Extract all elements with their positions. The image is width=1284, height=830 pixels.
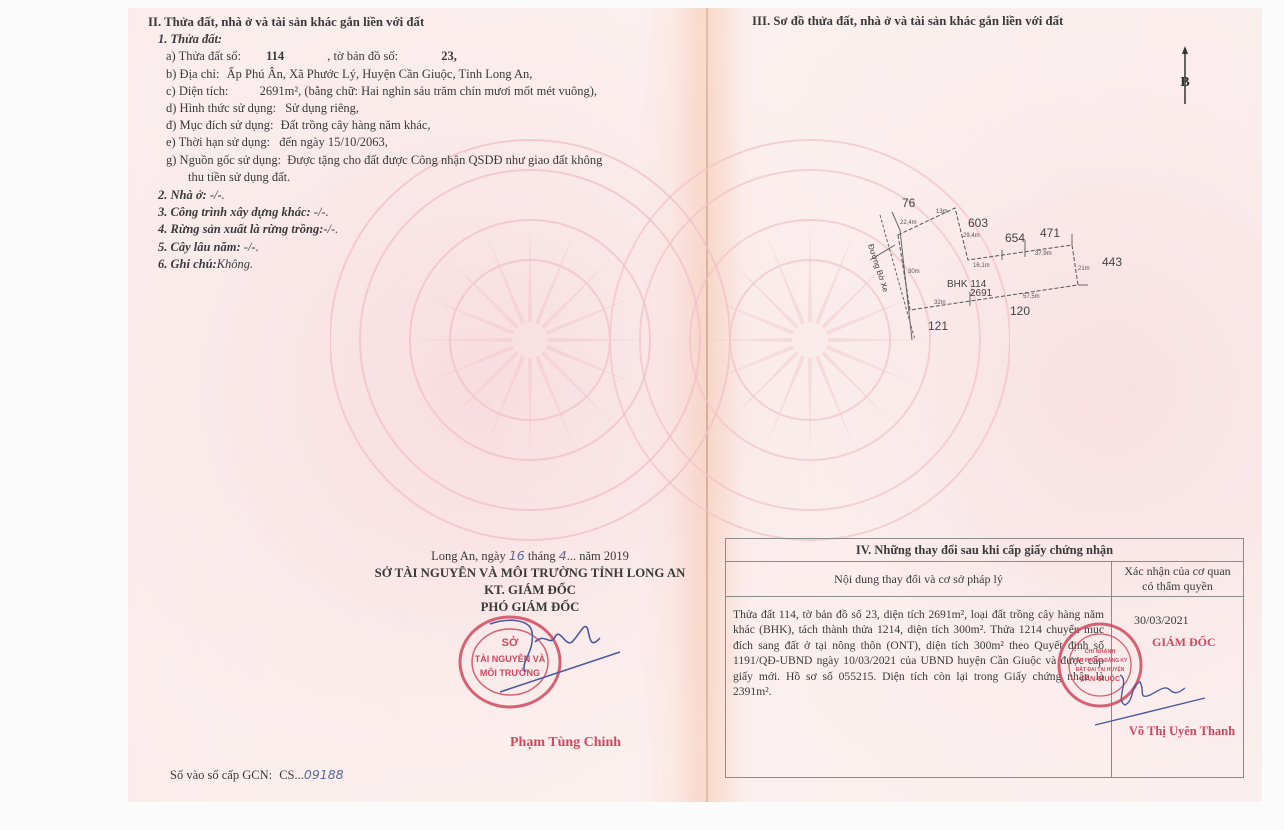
- changes-table-header: Nội dung thay đổi và cơ sở pháp lý Xác n…: [726, 562, 1243, 597]
- confirm-date: 30/03/2021: [1134, 613, 1189, 628]
- issuer-for-title: KT. GIÁM ĐỐC: [350, 582, 710, 599]
- usage-form-label: d) Hình thức sử dụng:: [166, 101, 276, 115]
- list-item: 5. Cây lâu năm: -/-.: [158, 239, 688, 256]
- purpose-label: đ) Mục đích sử dụng:: [166, 118, 273, 132]
- origin-value: Được tặng cho đất được Công nhận QSDĐ nh…: [287, 153, 602, 167]
- change-confirmation: 30/03/2021 GIÁM ĐỐC Võ Thị Uyên Thanh: [1112, 597, 1243, 777]
- registry-number-line: Số vào sổ cấp GCN: CS...09188: [170, 767, 344, 783]
- change-entry-text: Thửa đất 114, tờ bản đồ số 23, diện tích…: [726, 597, 1112, 777]
- svg-text:2691: 2691: [970, 288, 993, 299]
- address-label: b) Địa chỉ:: [166, 67, 219, 81]
- north-arrow-icon: B: [1170, 46, 1200, 106]
- svg-text:16,1m: 16,1m: [973, 263, 990, 269]
- svg-text:121: 121: [928, 319, 948, 333]
- svg-text:B: B: [1180, 75, 1189, 90]
- land-row-purpose: đ) Mục đích sử dụng: Đất trồng cây hàng …: [166, 117, 688, 134]
- land-row-origin: g) Nguồn gốc sử dụng: Được tặng cho đất …: [166, 152, 688, 169]
- col-header-content: Nội dung thay đổi và cơ sở pháp lý: [726, 562, 1112, 596]
- svg-text:76: 76: [902, 196, 916, 210]
- land-heading: 1. Thửa đất:: [158, 31, 688, 48]
- term-label: e) Thời hạn sử dụng:: [166, 135, 270, 149]
- map-sheet-value: 23,: [441, 49, 457, 63]
- svg-text:29,4m: 29,4m: [963, 233, 980, 239]
- changes-table-title: IV. Những thay đổi sau khi cấp giấy chứn…: [726, 539, 1243, 562]
- list-item: 3. Công trình xây dựng khác: -/-.: [158, 204, 688, 221]
- confirm-signer-name: Võ Thị Uyên Thanh: [1112, 724, 1252, 739]
- issuer-title: PHÓ GIÁM ĐỐC: [350, 599, 710, 616]
- land-row-address: b) Địa chỉ: Ấp Phú Ân, Xã Phước Lý, Huyệ…: [166, 66, 688, 83]
- issue-date: Long An, ngày 16 tháng 4... năm 2019: [350, 547, 710, 565]
- svg-text:120: 120: [1010, 304, 1030, 318]
- parcel-diagram: 76603654471443121120BHK 1142691Đường Bờ …: [840, 190, 1140, 340]
- other-assets-list: 2. Nhà ở: -/-. 3. Công trình xây dựng kh…: [158, 187, 688, 273]
- svg-text:603: 603: [968, 216, 988, 230]
- issuer-signer-name: Phạm Tùng Chinh: [510, 735, 621, 751]
- svg-text:21m: 21m: [1078, 266, 1090, 272]
- area-value: 2691m², (bằng chữ: Hai nghìn sáu trăm ch…: [260, 84, 597, 98]
- land-info-section: II. Thửa đất, nhà ở và tài sản khác gắn …: [148, 14, 688, 273]
- land-row-term: e) Thời hạn sử dụng: đến ngày 15/10/2063…: [166, 134, 688, 151]
- origin-value-cont: thu tiền sử dụng đất.: [188, 169, 688, 186]
- purpose-value: Đất trồng cây hàng năm khác,: [281, 118, 431, 132]
- list-item: 6. Ghi chú:Không.: [158, 256, 688, 273]
- section-ii-title: II. Thửa đất, nhà ở và tài sản khác gắn …: [148, 14, 688, 31]
- origin-label: g) Nguồn gốc sử dụng:: [166, 153, 281, 167]
- col-header-confirmation: Xác nhận của cơ quan có thẩm quyền: [1112, 562, 1243, 596]
- parcel-number-value: 114: [266, 49, 284, 63]
- confirm-role: GIÁM ĐỐC: [1152, 635, 1216, 650]
- map-sheet-label: , tờ bản đồ số:: [327, 49, 398, 63]
- land-row-usage-form: d) Hình thức sử dụng: Sử dụng riêng,: [166, 100, 688, 117]
- issuer-org: SỞ TÀI NGUYÊN VÀ MÔI TRƯỜNG TỈNH LONG AN: [350, 565, 710, 582]
- list-item: 4. Rừng sản xuất là rừng trồng:-/-.: [158, 221, 688, 238]
- table-row: Thửa đất 114, tờ bản đồ số 23, diện tích…: [726, 597, 1243, 777]
- term-value: đến ngày 15/10/2063,: [279, 135, 388, 149]
- section-iii-title: III. Sơ đồ thửa đất, nhà ở và tài sản kh…: [752, 14, 1063, 29]
- land-row-parcel: a) Thửa đất số: 114 , tờ bản đồ số: 23,: [166, 48, 688, 65]
- svg-text:32m: 32m: [934, 300, 946, 306]
- svg-text:30m: 30m: [908, 269, 920, 275]
- svg-text:471: 471: [1040, 226, 1060, 240]
- svg-text:443: 443: [1102, 255, 1122, 269]
- svg-text:654: 654: [1005, 231, 1025, 245]
- svg-text:22,4m: 22,4m: [900, 220, 917, 226]
- land-row-area: c) Diện tích: 2691m², (bằng chữ: Hai ngh…: [166, 83, 688, 100]
- svg-text:13m: 13m: [936, 209, 948, 215]
- list-item: 2. Nhà ở: -/-.: [158, 187, 688, 204]
- usage-form-value: Sử dụng riêng,: [285, 101, 359, 115]
- svg-text:57,5m: 57,5m: [1023, 294, 1040, 300]
- area-label: c) Diện tích:: [166, 84, 228, 98]
- svg-text:37,9m: 37,9m: [1035, 251, 1052, 257]
- parcel-number-label: a) Thửa đất số:: [166, 49, 241, 63]
- page-fold-line: [706, 8, 708, 802]
- changes-table: IV. Những thay đổi sau khi cấp giấy chứn…: [725, 538, 1244, 778]
- address-value: Ấp Phú Ân, Xã Phước Lý, Huyện Cần Giuộc,…: [227, 67, 533, 81]
- issuer-signature-block: Long An, ngày 16 tháng 4... năm 2019 SỞ …: [350, 547, 710, 616]
